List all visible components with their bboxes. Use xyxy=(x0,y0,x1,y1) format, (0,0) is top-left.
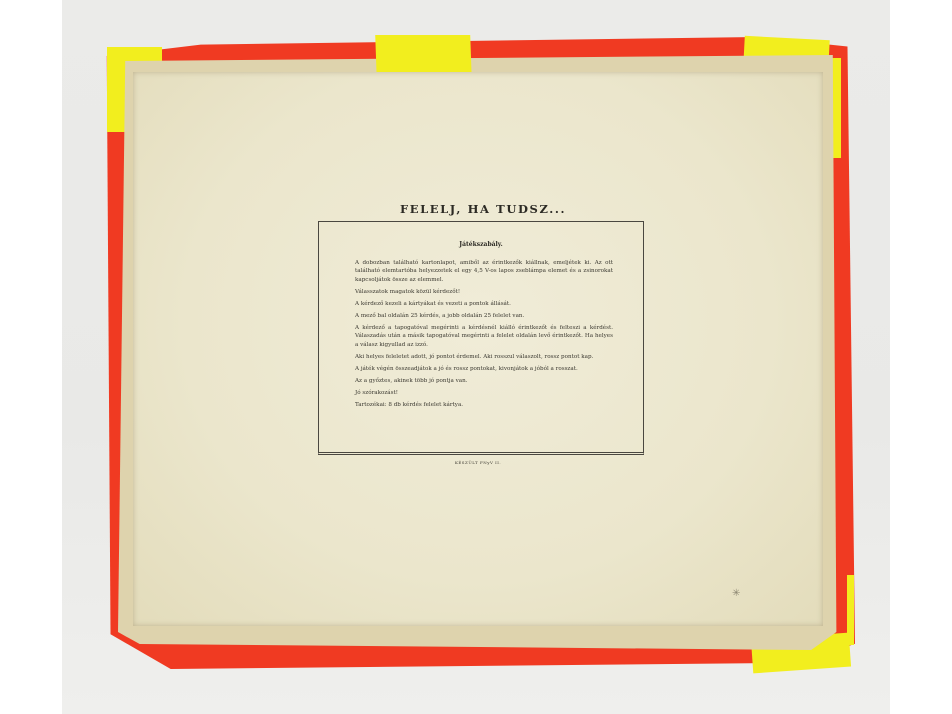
rules-body: A dobozban található kartonlapot, amiből… xyxy=(355,259,613,413)
rules-paragraph: Az a győztes, akinek több jó pontja van. xyxy=(355,377,613,385)
rules-paragraph: A dobozban található kartonlapot, amiből… xyxy=(355,259,613,284)
rules-heading: Játékszabály. xyxy=(319,241,643,248)
rules-panel: Játékszabály. A dobozban található karto… xyxy=(318,221,644,455)
rules-paragraph: A kérdező kezeli a kártyákat és vezeti a… xyxy=(355,300,613,308)
printer-imprint: KÉSZÜLT FNyV II. xyxy=(448,460,508,465)
rules-paragraph: Aki helyes feleletet adott, jó pontot ér… xyxy=(355,353,613,361)
rules-paragraph: Válasszatok magatok közül kérdezőt! xyxy=(355,288,613,296)
game-box-lid: FELELJ, HA TUDSZ... Játékszabály. A dobo… xyxy=(0,0,952,714)
rules-paragraph: Tartozékai: 8 db kérdés felelet kártya. xyxy=(355,401,613,409)
rules-paragraph: A játék végén összeadjátok a jó és rossz… xyxy=(355,365,613,373)
rules-paragraph: A mező bal oldalán 25 kérdés, a jobb old… xyxy=(355,312,613,320)
game-title: FELELJ, HA TUDSZ... xyxy=(333,202,633,216)
rules-paragraph: Jó szórakozást! xyxy=(355,389,613,397)
rules-paragraph: A kérdező a tapogatóval megérinti a kérd… xyxy=(355,324,613,349)
yellow-tape-left xyxy=(107,47,127,132)
pencil-mark: ✳ xyxy=(732,588,740,599)
